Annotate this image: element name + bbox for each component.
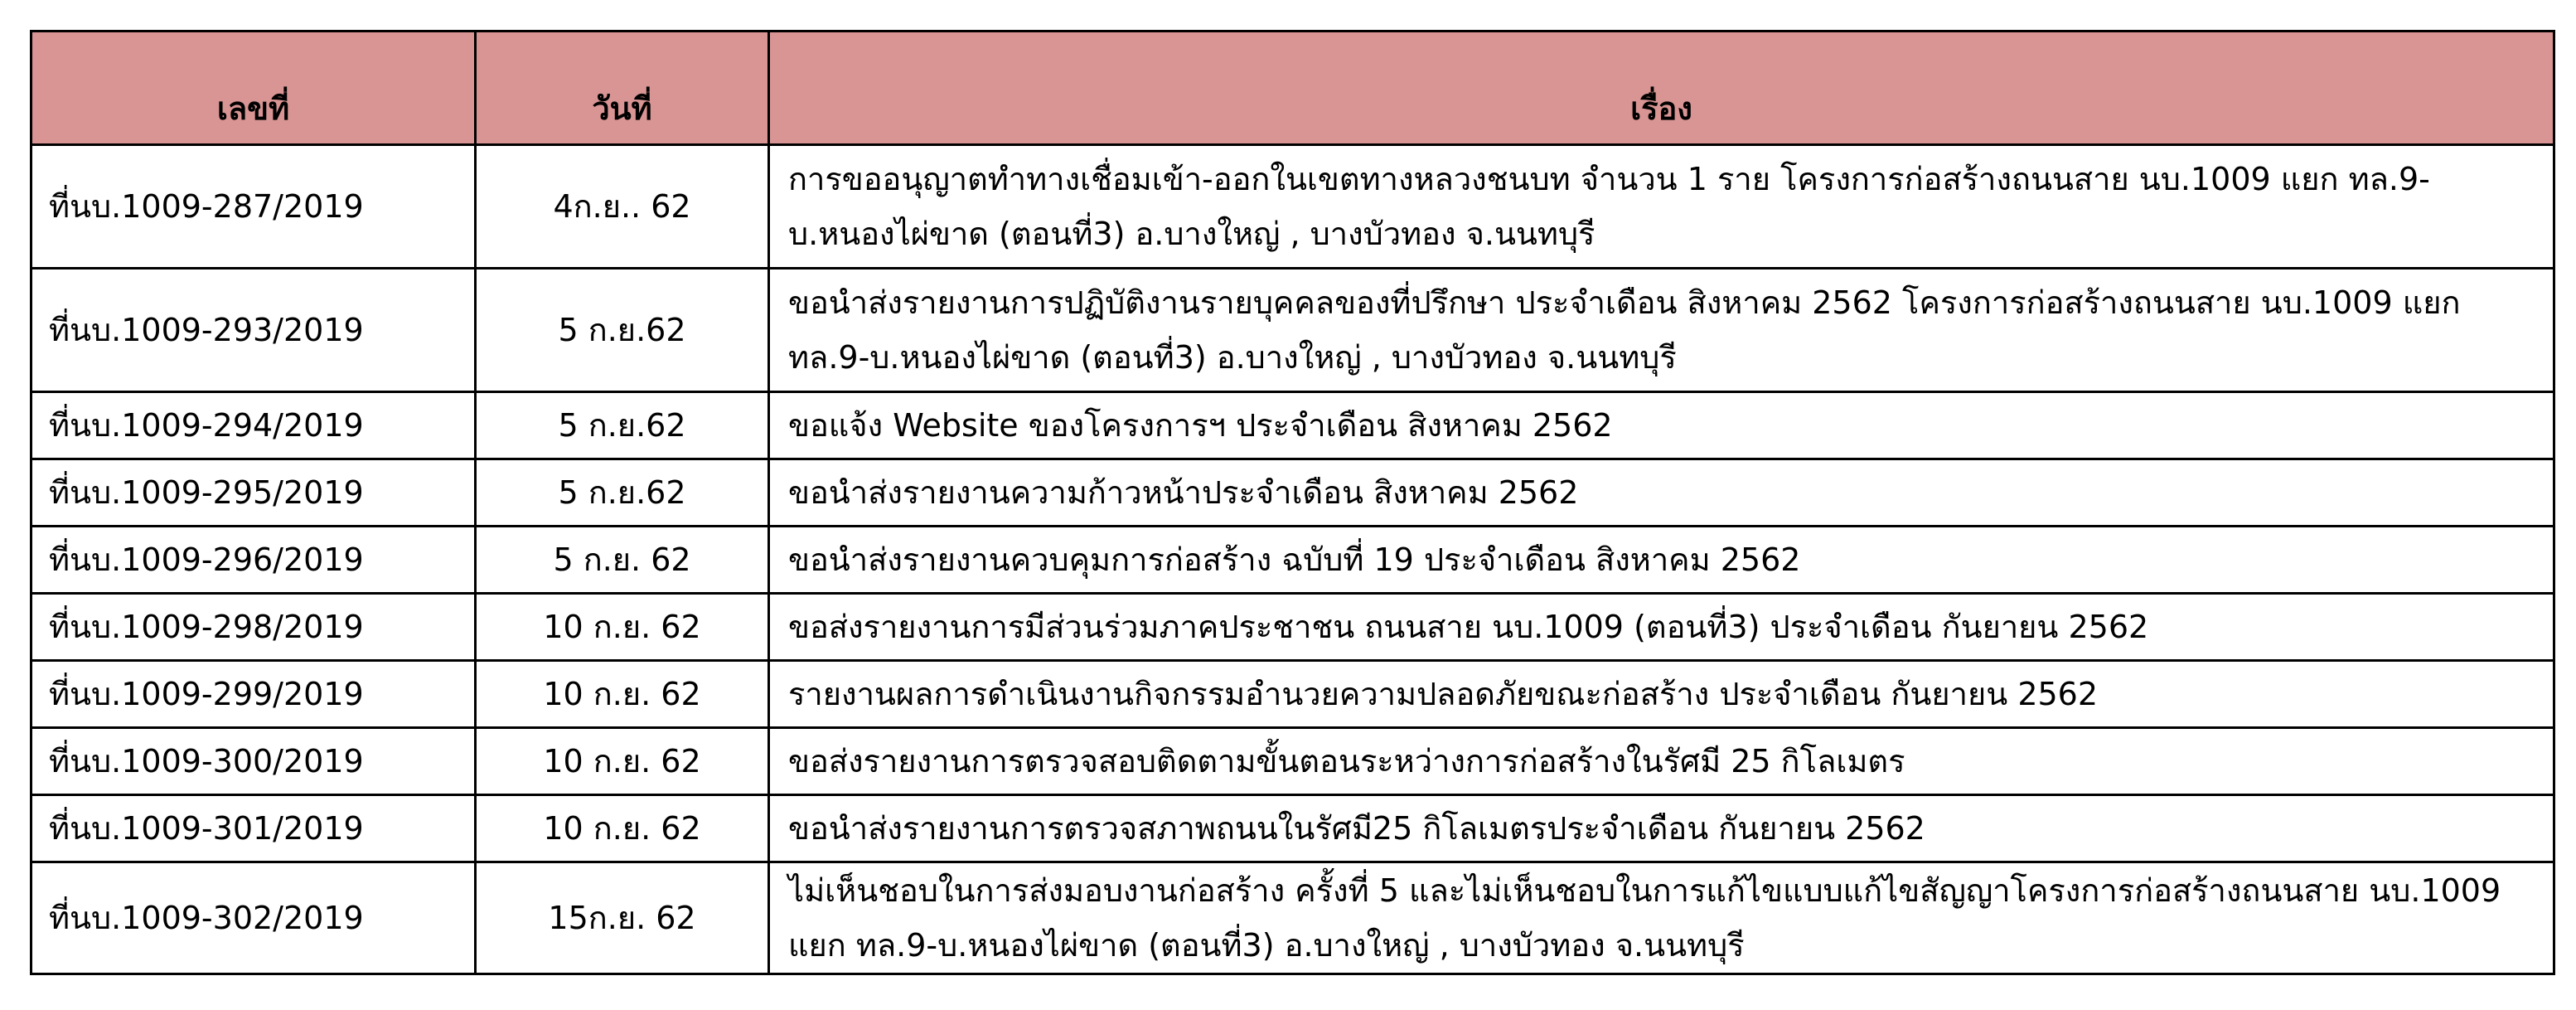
date-cell: 10 ก.ย. 62 [476,594,769,661]
date-cell: 4ก.ย.. 62 [476,145,769,269]
column-header-subject: เรื่อง [769,32,2554,145]
table-row: ที่นบ.1009-301/2019 10 ก.ย. 62 ขอนำส่งรา… [31,795,2554,862]
date-cell: 5 ก.ย. 62 [476,527,769,594]
subject-cell: ขอนำส่งรายงานความก้าวหน้าประจำเดือน สิงห… [769,459,2554,527]
document-register-table: เลขที่ วันที่ เรื่อง ที่นบ.1009-287/2019… [30,30,2555,975]
subject-cell: ขอนำส่งรายงานควบคุมการก่อสร้าง ฉบับที่ 1… [769,527,2554,594]
table-row: ที่นบ.1009-295/2019 5 ก.ย.62 ขอนำส่งรายง… [31,459,2554,527]
document-number-cell: ที่นบ.1009-294/2019 [31,392,476,459]
table-row: ที่นบ.1009-298/2019 10 ก.ย. 62 ขอส่งรายง… [31,594,2554,661]
document-number-cell: ที่นบ.1009-302/2019 [31,862,476,974]
table-row: ที่นบ.1009-293/2019 5 ก.ย.62 ขอนำส่งรายง… [31,269,2554,392]
date-cell: 5 ก.ย.62 [476,392,769,459]
document-number-cell: ที่นบ.1009-299/2019 [31,661,476,728]
column-header-number: เลขที่ [31,32,476,145]
document-number-cell: ที่นบ.1009-301/2019 [31,795,476,862]
subject-cell: ไม่เห็นชอบในการส่งมอบงานก่อสร้าง ครั้งที… [769,862,2554,974]
document-number-cell: ที่นบ.1009-287/2019 [31,145,476,269]
subject-cell: ขอส่งรายงานการมีส่วนร่วมภาคประชาชน ถนนสา… [769,594,2554,661]
document-number-cell: ที่นบ.1009-296/2019 [31,527,476,594]
date-cell: 10 ก.ย. 62 [476,661,769,728]
table-row: ที่นบ.1009-299/2019 10 ก.ย. 62 รายงานผลก… [31,661,2554,728]
subject-cell: ขอส่งรายงานการตรวจสอบติดตามขั้นตอนระหว่า… [769,728,2554,795]
subject-cell: การขออนุญาตทำทางเชื่อมเข้า-ออกในเขตทางหล… [769,145,2554,269]
subject-cell: ขอแจ้ง Website ของโครงการฯ ประจำเดือน สิ… [769,392,2554,459]
document-number-cell: ที่นบ.1009-300/2019 [31,728,476,795]
date-cell: 5 ก.ย.62 [476,459,769,527]
date-cell: 5 ก.ย.62 [476,269,769,392]
document-number-cell: ที่นบ.1009-293/2019 [31,269,476,392]
document-number-cell: ที่นบ.1009-295/2019 [31,459,476,527]
table-row: ที่นบ.1009-294/2019 5 ก.ย.62 ขอแจ้ง Webs… [31,392,2554,459]
date-cell: 15ก.ย. 62 [476,862,769,974]
date-cell: 10 ก.ย. 62 [476,795,769,862]
date-cell: 10 ก.ย. 62 [476,728,769,795]
table-row: ที่นบ.1009-296/2019 5 ก.ย. 62 ขอนำส่งราย… [31,527,2554,594]
table-row: ที่นบ.1009-287/2019 4ก.ย.. 62 การขออนุญา… [31,145,2554,269]
subject-cell: ขอนำส่งรายงานการปฏิบัติงานรายบุคคลของที่… [769,269,2554,392]
column-header-date: วันที่ [476,32,769,145]
header-row: เลขที่ วันที่ เรื่อง [31,32,2554,145]
subject-cell: รายงานผลการดำเนินงานกิจกรรมอำนวยความปลอด… [769,661,2554,728]
table-row: ที่นบ.1009-302/2019 15ก.ย. 62 ไม่เห็นชอบ… [31,862,2554,974]
document-number-cell: ที่นบ.1009-298/2019 [31,594,476,661]
table-row: ที่นบ.1009-300/2019 10 ก.ย. 62 ขอส่งรายง… [31,728,2554,795]
subject-cell: ขอนำส่งรายงานการตรวจสภาพถนนในรัศมี25 กิโ… [769,795,2554,862]
